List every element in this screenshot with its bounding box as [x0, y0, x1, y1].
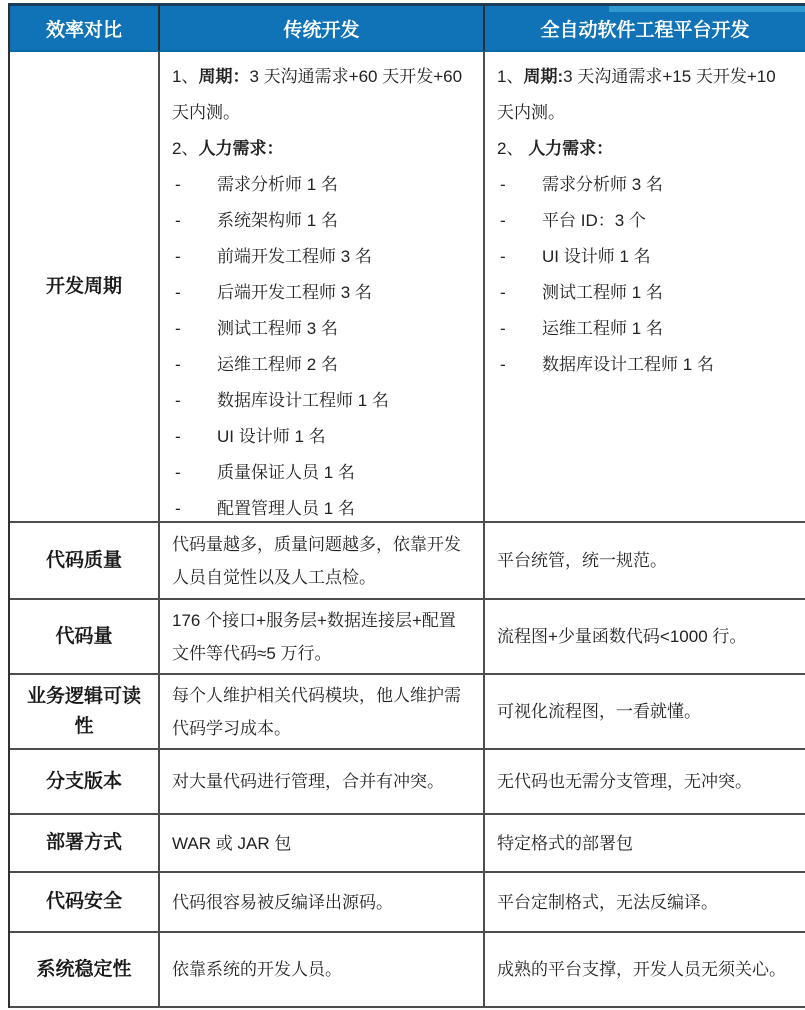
row-label-code-volume: 代码量: [10, 600, 160, 675]
list-item-text: 数据库设计工程师 1 名: [217, 383, 389, 419]
list-item: -运维工程师 1 名: [497, 311, 793, 347]
list-item-text: 质量保证人员 1 名: [217, 455, 355, 491]
cell-branch-version-traditional: 对大量代码进行管理，合并有冲突。: [160, 750, 485, 815]
list-item: -运维工程师 2 名: [172, 347, 471, 383]
cell-code-quality-platform: 平台统管，统一规范。: [485, 523, 805, 600]
list-item-text: 运维工程师 1 名: [542, 311, 663, 347]
dash-bullet: -: [172, 275, 217, 311]
list-item: -数据库设计工程师 1 名: [497, 347, 793, 383]
header-efficiency-label: 效率对比: [46, 15, 122, 42]
list-item-text: 数据库设计工程师 1 名: [542, 347, 714, 383]
table-header-row: 效率对比 传统开发 全自动软件工程平台开发: [10, 3, 805, 52]
manpower-list-platform: -需求分析师 3 名 -平台 ID：3 个 -UI 设计师 1 名 -测试工程师…: [497, 167, 793, 383]
list-number: 1、: [172, 67, 198, 86]
paragraph-cycle: 1、周期：3 天沟通需求+60 天开发+60 天内测。: [172, 59, 471, 131]
cell-deploy-method-traditional: WAR 或 JAR 包: [160, 815, 485, 873]
dash-bullet: -: [172, 239, 217, 275]
dash-bullet: -: [172, 311, 217, 347]
list-item-text: 测试工程师 1 名: [542, 275, 663, 311]
list-item-text: 前端开发工程师 3 名: [217, 239, 372, 275]
table-row-deploy-method: 部署方式 WAR 或 JAR 包 特定格式的部署包: [10, 815, 805, 873]
header-platform: 全自动软件工程平台开发: [485, 3, 805, 52]
cell-deploy-method-platform: 特定格式的部署包: [485, 815, 805, 873]
dash-bullet: -: [172, 347, 217, 383]
list-item-text: 配置管理人员 1 名: [217, 491, 355, 523]
list-item: -测试工程师 1 名: [497, 275, 793, 311]
list-item-text: 测试工程师 3 名: [217, 311, 338, 347]
cell-code-volume-traditional: 176 个接口+服务层+数据连接层+配置文件等代码≈5 万行。: [160, 600, 485, 675]
term-label: 人力需求：: [198, 139, 283, 158]
dash-bullet: -: [497, 347, 542, 383]
list-item: -UI 设计师 1 名: [172, 419, 471, 455]
cell-code-security-traditional: 代码很容易被反编译出源码。: [160, 873, 485, 933]
row-label-deploy-method: 部署方式: [10, 815, 160, 873]
cell-logic-readability-traditional: 每个人维护相关代码模块，他人维护需代码学习成本。: [160, 675, 485, 750]
list-item: -测试工程师 3 名: [172, 311, 471, 347]
list-item: -数据库设计工程师 1 名: [172, 383, 471, 419]
manpower-list-traditional: -需求分析师 1 名 -系统架构师 1 名 -前端开发工程师 3 名 -后端开发…: [172, 167, 471, 523]
header-accent-strip: [609, 6, 805, 12]
list-number: 2、: [172, 139, 198, 158]
cell-logic-readability-platform: 可视化流程图，一看就懂。: [485, 675, 805, 750]
cell-dev-cycle-traditional: 1、周期：3 天沟通需求+60 天开发+60 天内测。 2、人力需求： -需求分…: [160, 52, 485, 523]
cell-code-volume-platform: 流程图+少量函数代码<1000 行。: [485, 600, 805, 675]
row-label-code-quality: 代码质量: [10, 523, 160, 600]
list-number: 1、: [497, 67, 523, 86]
header-platform-label: 全自动软件工程平台开发: [540, 15, 749, 42]
list-item-text: 需求分析师 1 名: [217, 167, 338, 203]
dash-bullet: -: [172, 419, 217, 455]
list-item-text: 后端开发工程师 3 名: [217, 275, 372, 311]
dash-bullet: -: [172, 455, 217, 491]
list-item: -前端开发工程师 3 名: [172, 239, 471, 275]
table-row-code-quality: 代码质量 代码量越多，质量问题越多，依靠开发人员自觉性以及人工点检。 平台统管，…: [10, 523, 805, 600]
dash-bullet: -: [497, 275, 542, 311]
list-item-text: 运维工程师 2 名: [217, 347, 338, 383]
cell-branch-version-platform: 无代码也无需分支管理，无冲突。: [485, 750, 805, 815]
dash-bullet: -: [497, 239, 542, 275]
table-row-system-stability: 系统稳定性 依靠系统的开发人员。 成熟的平台支撑，开发人员无须关心。: [10, 933, 805, 1008]
list-item: -需求分析师 1 名: [172, 167, 471, 203]
table-row-code-security: 代码安全 代码很容易被反编译出源码。 平台定制格式，无法反编译。: [10, 873, 805, 933]
row-label-code-security: 代码安全: [10, 873, 160, 933]
dash-bullet: -: [497, 203, 542, 239]
list-item-text: UI 设计师 1 名: [217, 419, 326, 455]
cell-system-stability-traditional: 依靠系统的开发人员。: [160, 933, 485, 1008]
header-traditional-label: 传统开发: [283, 15, 359, 42]
cell-dev-cycle-platform: 1、周期:3 天沟通需求+15 天开发+10 天内测。 2、 人力需求： -需求…: [485, 52, 805, 523]
paragraph-manpower: 2、人力需求：: [172, 131, 471, 167]
dash-bullet: -: [497, 311, 542, 347]
paragraph-manpower: 2、 人力需求：: [497, 131, 793, 167]
dash-bullet: -: [497, 167, 542, 203]
list-number: 2、: [497, 139, 528, 158]
list-item-text: 需求分析师 3 名: [542, 167, 663, 203]
comparison-table: 效率对比 传统开发 全自动软件工程平台开发 开发周期 1、周期：3 天沟通需求+…: [8, 3, 805, 1008]
dash-bullet: -: [172, 383, 217, 419]
row-label-system-stability: 系统稳定性: [10, 933, 160, 1008]
header-efficiency: 效率对比: [10, 3, 160, 52]
list-item: -系统架构师 1 名: [172, 203, 471, 239]
row-label-branch-version: 分支版本: [10, 750, 160, 815]
header-traditional: 传统开发: [160, 3, 485, 52]
dash-bullet: -: [172, 203, 217, 239]
list-item: -配置管理人员 1 名: [172, 491, 471, 523]
list-item: -质量保证人员 1 名: [172, 455, 471, 491]
list-item: -需求分析师 3 名: [497, 167, 793, 203]
term-label: 周期:: [523, 67, 563, 86]
term-label: 人力需求：: [528, 139, 613, 158]
dash-bullet: -: [172, 167, 217, 203]
table-row-code-volume: 代码量 176 个接口+服务层+数据连接层+配置文件等代码≈5 万行。 流程图+…: [10, 600, 805, 675]
table-row-branch-version: 分支版本 对大量代码进行管理，合并有冲突。 无代码也无需分支管理，无冲突。: [10, 750, 805, 815]
list-item-text: 平台 ID：3 个: [542, 203, 646, 239]
list-item-text: 系统架构师 1 名: [217, 203, 338, 239]
table-row-logic-readability: 业务逻辑可读性 每个人维护相关代码模块，他人维护需代码学习成本。 可视化流程图，…: [10, 675, 805, 750]
dash-bullet: -: [172, 491, 217, 523]
list-item: -平台 ID：3 个: [497, 203, 793, 239]
row-label-dev-cycle: 开发周期: [10, 52, 160, 523]
table-row-dev-cycle: 开发周期 1、周期：3 天沟通需求+60 天开发+60 天内测。 2、人力需求：…: [10, 52, 805, 523]
term-label: 周期：: [198, 67, 249, 86]
cell-system-stability-platform: 成熟的平台支撑，开发人员无须关心。: [485, 933, 805, 1008]
row-label-logic-readability: 业务逻辑可读性: [10, 675, 160, 750]
cell-code-security-platform: 平台定制格式，无法反编译。: [485, 873, 805, 933]
paragraph-cycle: 1、周期:3 天沟通需求+15 天开发+10 天内测。: [497, 59, 793, 131]
list-item: -后端开发工程师 3 名: [172, 275, 471, 311]
list-item: -UI 设计师 1 名: [497, 239, 793, 275]
cell-code-quality-traditional: 代码量越多，质量问题越多，依靠开发人员自觉性以及人工点检。: [160, 523, 485, 600]
list-item-text: UI 设计师 1 名: [542, 239, 651, 275]
